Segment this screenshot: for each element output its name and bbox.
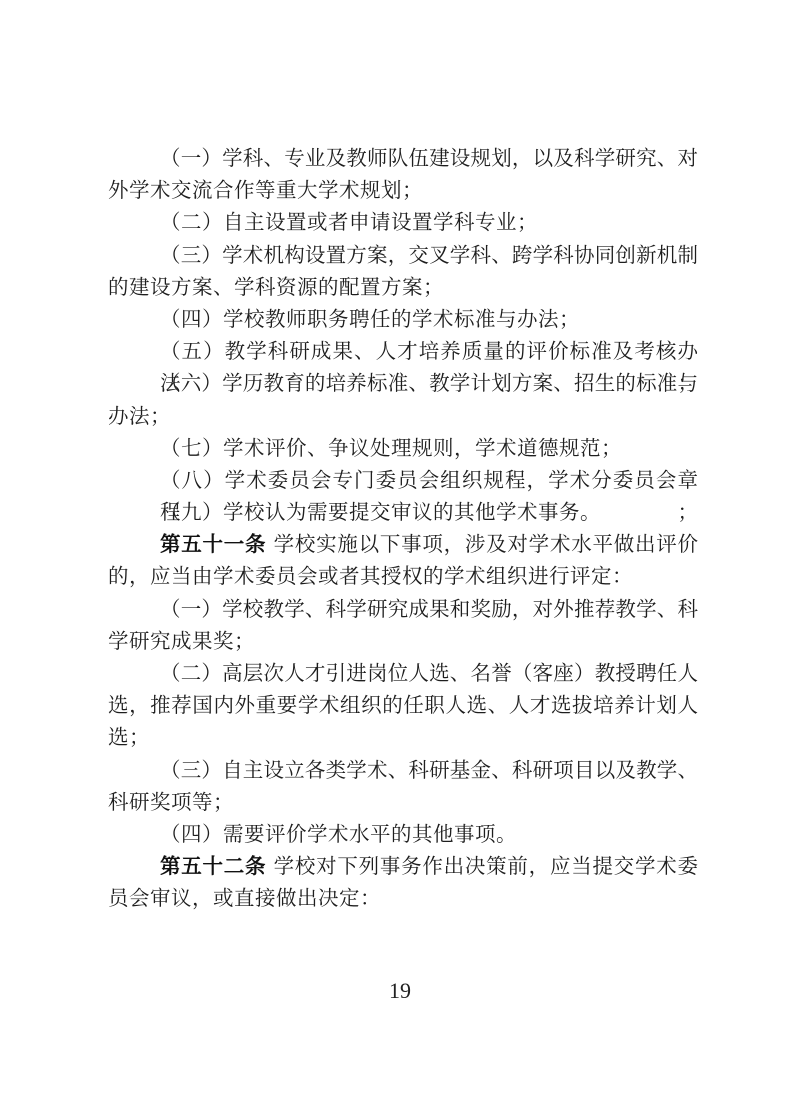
text-line: （一）学科、专业及教师队伍建设规划，以及科学研究、对	[108, 142, 698, 174]
text-line: 的，应当由学术委员会或者其授权的学术组织进行评定：	[108, 560, 698, 592]
text-line: （四）学校教师职务聘任的学术标准与办法；	[108, 303, 698, 335]
article-52-line: 第五十二条 学校对下列事务作出决策前，应当提交学术委	[108, 850, 698, 882]
article-label: 第五十二条	[160, 854, 266, 878]
text-line: 员会审议，或直接做出决定：	[108, 882, 698, 914]
article-text: 学校对下列事务作出决策前，应当提交学术委	[266, 854, 698, 878]
text-line: 学研究成果奖；	[108, 625, 698, 657]
text-line: （一）学校教学、科学研究成果和奖励，对外推荐教学、科	[108, 593, 698, 625]
document-body: （一）学科、专业及教师队伍建设规划，以及科学研究、对 外学术交流合作等重大学术规…	[108, 142, 698, 915]
page-number: 19	[0, 978, 800, 1004]
text-line: （二）高层次人才引进岗位人选、名誉（客座）教授聘任人	[108, 657, 698, 689]
article-text: 学校实施以下事项，涉及对学术水平做出评价	[266, 532, 698, 556]
text-line: 科研奖项等；	[108, 786, 698, 818]
text-line: （四）需要评价学术水平的其他事项。	[108, 818, 698, 850]
text-line: 选；	[108, 721, 698, 753]
text-line: （三）自主设立各类学术、科研基金、科研项目以及教学、	[108, 754, 698, 786]
text-line: （三）学术机构设置方案，交叉学科、跨学科协同创新机制	[108, 239, 698, 271]
article-51-line: 第五十一条 学校实施以下事项，涉及对学术水平做出评价	[108, 528, 698, 560]
document-page: （一）学科、专业及教师队伍建设规划，以及科学研究、对 外学术交流合作等重大学术规…	[0, 0, 800, 1109]
text-line: （五）教学科研成果、人才培养质量的评价标准及考核办法；	[108, 335, 698, 367]
text-line: 的建设方案、学科资源的配置方案；	[108, 271, 698, 303]
article-label: 第五十一条	[160, 532, 266, 556]
text-line: （七）学术评价、争议处理规则，学术道德规范；	[108, 432, 698, 464]
text-line: 选，推荐国内外重要学术组织的任职人选、人才选拔培养计划人	[108, 689, 698, 721]
text-line: 办法；	[108, 400, 698, 432]
text-line: （六）学历教育的培养标准、教学计划方案、招生的标准与	[108, 367, 698, 399]
text-line: （二）自主设置或者申请设置学科专业；	[108, 206, 698, 238]
text-line: （八）学术委员会专门委员会组织规程，学术分委员会章程；	[108, 464, 698, 496]
text-line: 外学术交流合作等重大学术规划；	[108, 174, 698, 206]
